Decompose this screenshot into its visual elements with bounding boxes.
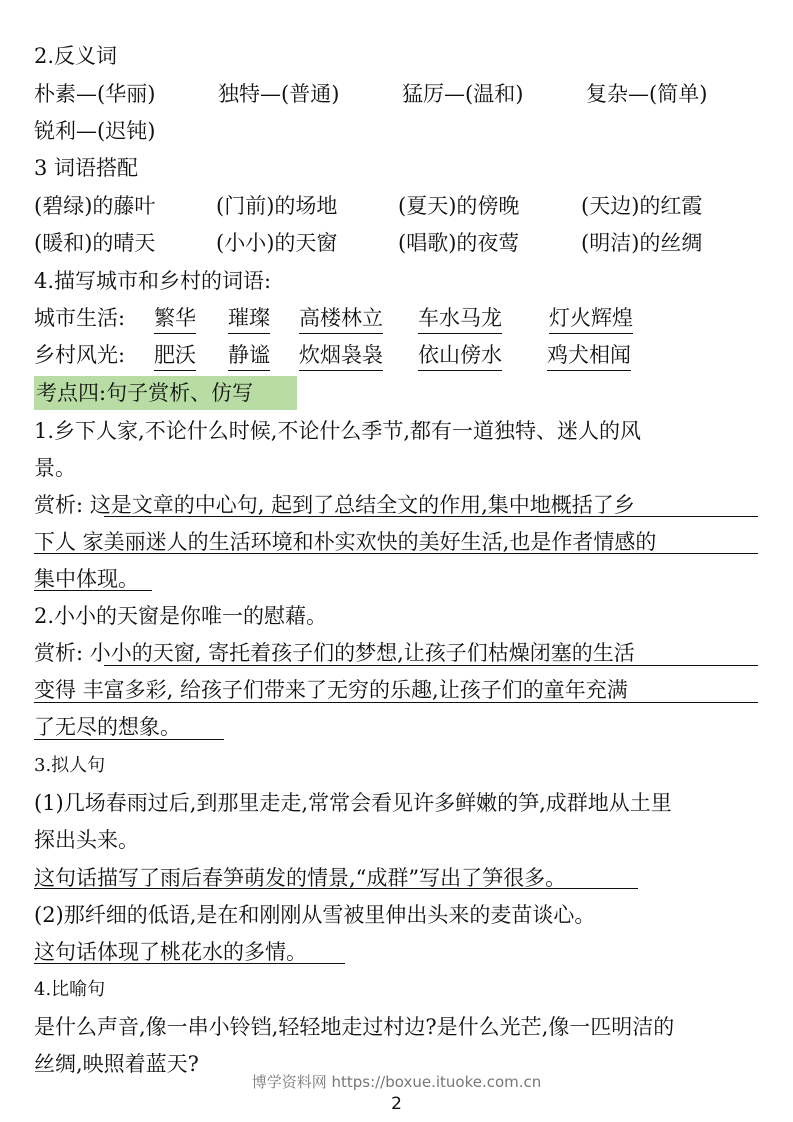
collocation-item: (碧绿)的藤叶: [34, 192, 155, 220]
underline: [34, 590, 152, 591]
village-word: 静谧: [228, 341, 270, 371]
village-word: 鸡犬相闻: [547, 341, 631, 371]
village-words-row: 乡村风光: 肥沃 静谧 炊烟袅袅 依山傍水 鸡犬相闻: [34, 341, 774, 369]
underline: [34, 963, 345, 964]
personification-item-2-answer: 这句话体现了桃花水的多情。: [34, 938, 307, 966]
village-word: 依山傍水: [418, 341, 502, 371]
city-words-row: 城市生活: 繁华 璀璨 高楼林立 车水马龙 灯火辉煌: [34, 304, 774, 332]
sentence-2-analysis-line-2: 变得 丰富多彩, 给孩子们带来了无穷的乐趣,让孩子们的童年充满: [34, 676, 628, 704]
city-word: 璀璨: [228, 304, 270, 334]
sentence-2-analysis-line-1: 赏析: 小小的天窗, 寄托着孩子们的梦想,让孩子们枯燥闭塞的生活: [34, 639, 635, 667]
analysis-text: 小小的天窗, 寄托着孩子们的梦想,让孩子们枯燥闭塞的生活: [90, 641, 635, 665]
analysis-label: 赏析:: [34, 641, 83, 665]
collocation-item: (明洁)的丝绸: [581, 229, 702, 257]
sentence-2-analysis-line-3: 了无尽的想象。: [34, 713, 181, 741]
village-label: 乡村风光:: [34, 341, 125, 369]
antonym-pair: 独特—(普通): [218, 80, 339, 108]
section-heading: 考点四:句子赏析、仿写: [36, 379, 253, 407]
city-word: 车水马龙: [418, 304, 502, 334]
city-label: 城市生活:: [34, 304, 125, 332]
underline: [34, 702, 758, 703]
village-word: 炊烟袅袅: [299, 341, 383, 371]
collocation-title: 3 词语搭配: [34, 154, 138, 182]
simile-line-1: 是什么声音,像一串小铃铛,轻轻地走过村边?是什么光芒,像一匹明洁的: [34, 1013, 674, 1041]
collocation-item: (夏天)的傍晚: [398, 192, 519, 220]
collocation-item: (唱歌)的夜莺: [398, 229, 519, 257]
simile-title: 4.比喻句: [34, 976, 105, 1004]
sentence-1-analysis-line-1: 赏析: 这是文章的中心句, 起到了总结全文的作用,集中地概括了乡: [34, 491, 635, 519]
underline: [34, 888, 638, 889]
personification-item-1-line-2: 探出头来。: [34, 826, 139, 854]
sentence-2-line-1: 2.小小的天窗是你唯一的慰藉。: [34, 602, 327, 630]
underline: [34, 739, 224, 740]
collocation-row-1: (碧绿)的藤叶 (门前)的场地 (夏天)的傍晚 (天边)的红霞: [34, 192, 774, 220]
collocation-row-2: (暖和)的晴天 (小小)的天窗 (唱歌)的夜莺 (明洁)的丝绸: [34, 229, 774, 257]
collocation-item: (暖和)的晴天: [34, 229, 155, 257]
village-word: 肥沃: [154, 341, 196, 371]
footer-site-link[interactable]: 博学资料网 https://boxue.ituoke.com.cn: [0, 1071, 793, 1092]
antonyms-row-1: 朴素—(华丽) 独特—(普通) 猛厉—(温和) 复杂—(简单): [34, 80, 774, 108]
sentence-1-line-1: 1.乡下人家,不论什么时候,不论什么季节,都有一道独特、迷人的风: [34, 417, 641, 445]
city-village-title: 4.描写城市和乡村的词语:: [34, 267, 271, 295]
underline: [104, 665, 758, 666]
city-word: 繁华: [154, 304, 196, 334]
personification-item-1-line-1: (1)几场春雨过后,到那里走走,常常会看见许多鲜嫩的笋,成群地从土里: [34, 789, 672, 817]
antonym-pair: 朴素—(华丽): [34, 80, 155, 108]
city-word: 灯火辉煌: [549, 304, 633, 334]
underline: [104, 516, 758, 517]
analysis-text: 这是文章的中心句, 起到了总结全文的作用,集中地概括了乡: [90, 493, 635, 517]
antonym-pair: 猛厉—(温和): [402, 80, 523, 108]
personification-item-2-line-1: (2)那纤细的低语,是在和刚刚从雪被里伸出头来的麦苗谈心。: [34, 901, 595, 929]
sentence-1-analysis-line-2: 下人 家美丽迷人的生活环境和朴实欢快的美好生活,也是作者情感的: [34, 528, 656, 556]
personification-title: 3.拟人句: [34, 752, 105, 780]
collocation-item: (小小)的天窗: [216, 229, 337, 257]
page-number: 2: [0, 1094, 793, 1114]
sentence-1-line-2: 景。: [34, 454, 76, 482]
analysis-label: 赏析:: [34, 493, 83, 517]
sentence-1-analysis-line-3: 集中体现。: [34, 565, 139, 593]
collocation-item: (天边)的红霞: [581, 192, 702, 220]
antonyms-title: 2.反义词: [34, 42, 117, 70]
antonym-pair: 复杂—(简单): [586, 80, 707, 108]
city-word: 高楼林立: [299, 304, 383, 334]
collocation-item: (门前)的场地: [216, 192, 337, 220]
antonym-pair: 锐利—(迟钝): [34, 117, 155, 145]
underline: [34, 553, 758, 554]
